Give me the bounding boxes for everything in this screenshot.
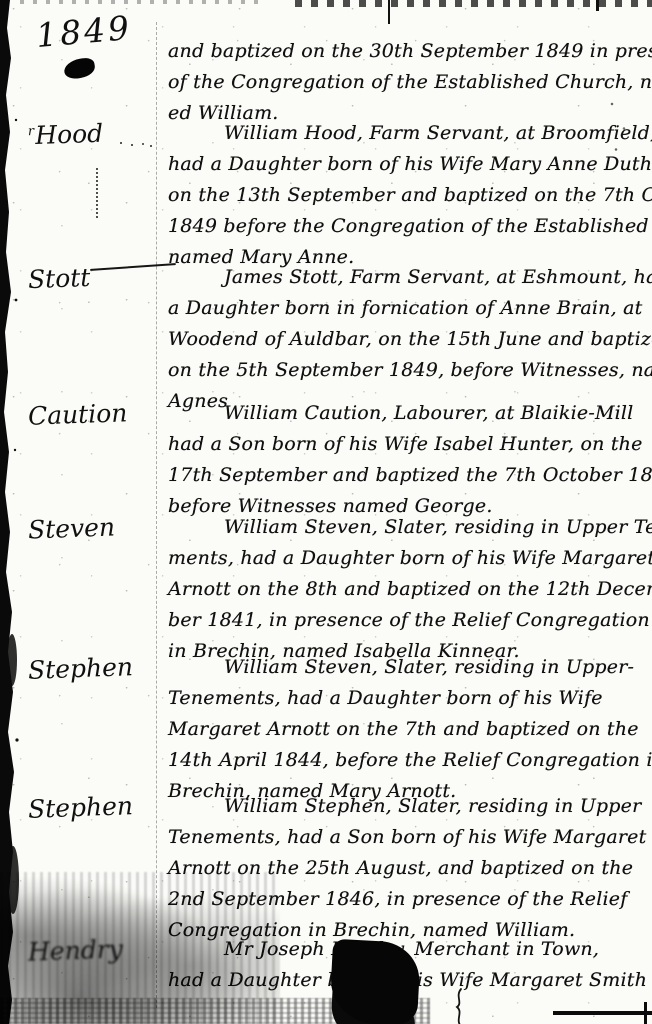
handwritten-line: William Stephen, Slater, residing in Upp… [168,791,652,822]
handwritten-line: 17th September and baptized the 7th Octo… [168,460,652,491]
margin-column-rule [156,22,157,1008]
margin-surname: Steven [28,512,116,544]
ink-flourish-brace [452,988,466,1024]
handwritten-line: William Hood, Farm Servant, at Broomfiel… [168,118,652,149]
handwritten-line: had a Daughter born of his Wife Mary Ann… [168,149,652,180]
record-text: William Caution, Labourer, at Blaikie-Mi… [168,398,652,522]
top-tick-mark [388,0,390,24]
handwritten-line: ments, had a Daughter born of his Wife M… [168,543,652,574]
handwritten-line: James Stott, Farm Servant, at Eshmount, … [168,262,652,293]
margin-surname: Stephen [28,652,134,685]
handwritten-line: William Caution, Labourer, at Blaikie-Mi… [168,398,652,429]
ink-blot [63,56,97,80]
handwritten-line: William Steven, Slater, residing in Uppe… [168,512,652,543]
record-text: William Steven, Slater, residing in Uppe… [168,512,652,667]
year-heading: 1849 [34,8,133,55]
handwritten-line: and baptized on the 30th September 1849 … [168,36,652,67]
handwritten-line: 1849 before the Congregation of the Esta… [168,211,652,242]
record-text: William Steven, Slater, residing in Uppe… [168,652,652,807]
handwritten-line: on the 13th September and baptized on th… [168,180,652,211]
handwritten-line: Margaret Arnott on the 7th and baptized … [168,714,652,745]
margin-surname: rHood [28,119,104,151]
handwritten-line: 14th April 1844, before the Relief Congr… [168,745,652,776]
handwritten-line: Tenements, had a Daughter born of his Wi… [168,683,652,714]
torn-left-edge [0,0,22,1024]
margin-surname: Stephen [28,791,134,824]
handwritten-line: a Daughter born in fornication of Anne B… [168,293,652,324]
record-text: and baptized on the 30th September 1849 … [168,36,652,129]
handwritten-line: on the 5th September 1849, before Witnes… [168,355,652,386]
margin-prefix-mark: r [28,124,35,139]
top-edge-speckle-left [20,0,260,4]
record-text: William Hood, Farm Servant, at Broomfiel… [168,118,652,273]
margin-surname: Caution [28,398,128,430]
handwritten-line: Tenements, had a Son born of his Wife Ma… [168,822,652,853]
ink-stroke [96,168,98,218]
record-text: James Stott, Farm Servant, at Eshmount, … [168,262,652,417]
ink-dots [120,142,122,144]
handwritten-line: had a Son born of his Wife Isabel Hunter… [168,429,652,460]
pen-flourish [90,263,176,271]
handwritten-line: ber 1841, in presence of the Relief Cong… [168,605,652,636]
page-corner-line [644,1002,647,1024]
register-page-scan: 1849 and baptized on the 30th September … [0,0,652,1024]
page-corner-line [553,1011,652,1015]
top-tick-mark [596,0,599,11]
handwritten-line: of the Congregation of the Established C… [168,67,652,98]
handwritten-line: William Steven, Slater, residing in Uppe… [168,652,652,683]
handwritten-line: Arnott on the 8th and baptized on the 12… [168,574,652,605]
margin-surname: Stott [28,263,91,294]
handwritten-line: Woodend of Auldbar, on the 15th June and… [168,324,652,355]
